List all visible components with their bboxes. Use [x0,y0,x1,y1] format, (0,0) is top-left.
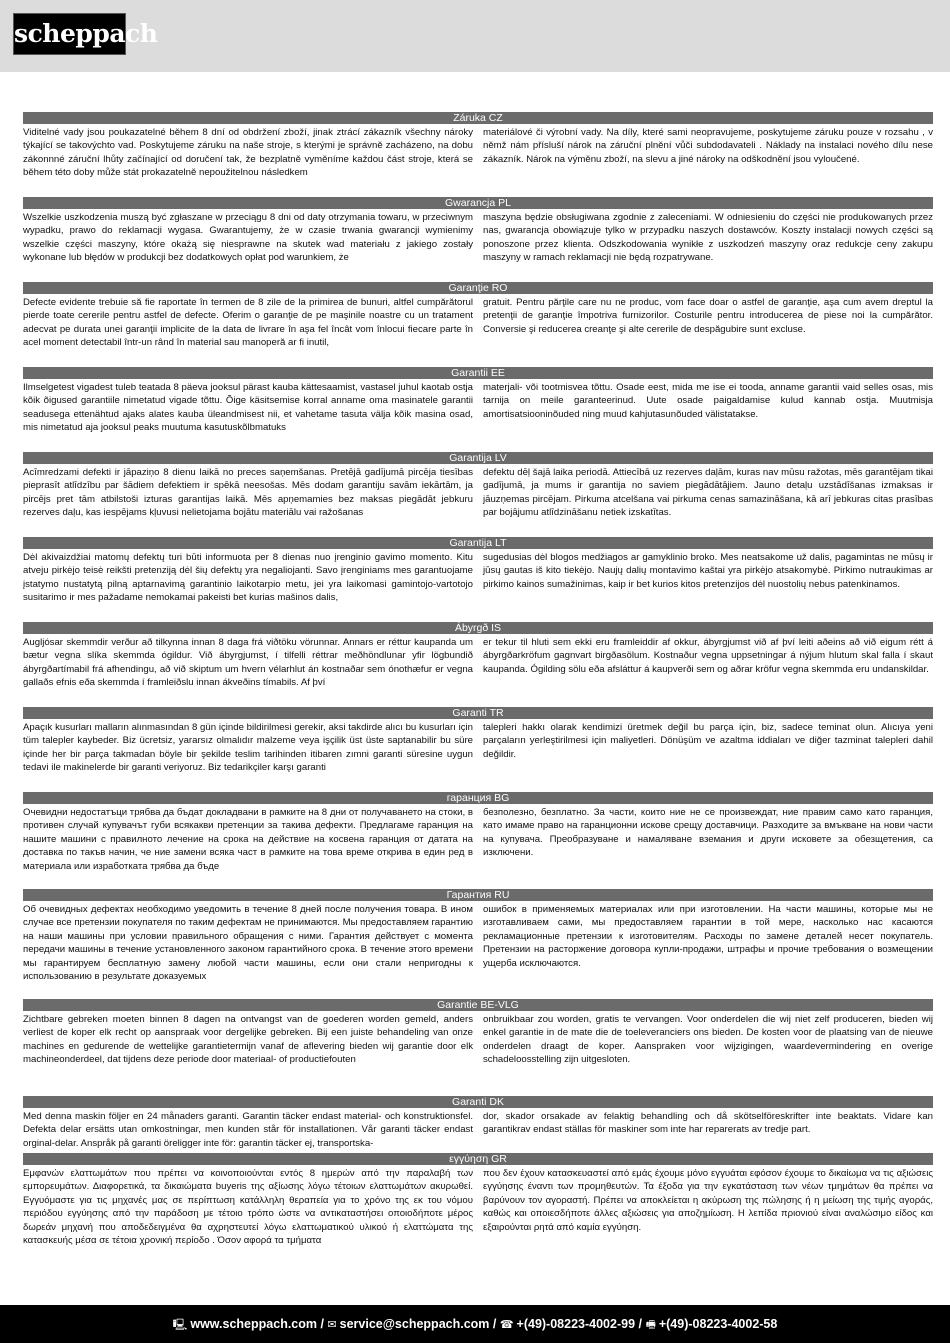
paragraph: Очевидни недостатъци трябва да бъдат док… [23,806,473,873]
warranty-section: Garantija LTDėl akivaizdžiai matomų defe… [23,537,933,622]
paragraph: materiálové či výrobní vady. Na díly, kt… [483,126,933,166]
section-title: Gwarancja PL [23,197,933,209]
section-text-left: Wszelkie uszkodzenia muszą być zgłaszane… [23,211,473,265]
section-text-left: Об очевидных дефектах необходимо уведоми… [23,903,473,983]
paragraph: Εμφανών ελαττωμάτων που πρέπει να κοινοπ… [23,1167,473,1247]
section-text-left: Viditelné vady jsou poukazatelné během 8… [23,126,473,180]
paragraph: Viditelné vady jsou poukazatelné během 8… [23,126,473,180]
section-title: Гарантия RU [23,889,933,901]
paragraph: sugedusias dėl blogos medžiagos ar gamyk… [483,551,933,591]
paragraph: materjali- või tootmisvea tõttu. Osade e… [483,381,933,421]
warranty-section: Garanti TRApaçık kusurları malların alın… [23,707,933,792]
section-title: Garantii EE [23,367,933,379]
warranty-section: Garantii EEIlmselgetest vigadest tuleb t… [23,367,933,452]
paragraph: onbruikbaar zou worden, gratis te vervan… [483,1013,933,1067]
paragraph: Defecte evidente trebuie să fie raportat… [23,296,473,350]
paragraph: ошибок в применяемых материалах или при … [483,903,933,970]
section-text-right: ошибок в применяемых материалах или при … [483,903,933,983]
section-text-right: sugedusias dėl blogos medžiagos ar gamyk… [483,551,933,605]
section-text-right: materjali- või tootmisvea tõttu. Osade e… [483,381,933,435]
contact-footer: 🖳www.scheppach.com / ✉service@scheppach.… [0,1305,950,1343]
section-text-left: Ilmselgetest vigadest tuleb teatada 8 pä… [23,381,473,435]
section-text-right: materiálové či výrobní vady. Na díly, kt… [483,126,933,180]
section-title: Garanti DK [23,1096,933,1108]
paragraph: dor, skador orsakade av felaktig behandl… [483,1110,933,1137]
section-title: Garantija LT [23,537,933,549]
section-text-left: Augljósar skemmdir verður að tilkynna in… [23,636,473,690]
computer-icon: 🖳 [173,1319,188,1331]
phone-number: +(49)-08223-4002-99 [517,1317,636,1331]
warranty-content: Záruka CZViditelné vady jsou poukazateln… [23,112,933,1250]
section-text-right: onbruikbaar zou worden, gratis te vervan… [483,1013,933,1067]
section-title: Garanti TR [23,707,933,719]
paragraph: Acīmredzami defekti ir jāpaziņo 8 dienu … [23,466,473,520]
section-text-right: maszyna będzie obsługiwana zgodnie z zal… [483,211,933,265]
section-text-left: Zichtbare gebreken moeten binnen 8 dagen… [23,1013,473,1067]
warranty-section: Garanti DKMed denna maskin följer en 24 … [23,1096,933,1153]
header-bar: scheppach [0,0,950,72]
paragraph: Med denna maskin följer en 24 månaders g… [23,1110,473,1150]
phone-icon: ☎ [500,1319,514,1331]
section-text-left: Apaçık kusurları malların alınmasından 8… [23,721,473,775]
paragraph: maszyna będzie obsługiwana zgodnie z zal… [483,211,933,265]
section-title: Garanţie RO [23,282,933,294]
section-text-right: που δεν έχουν κατασκευαστεί από εμάς έχο… [483,1167,933,1247]
separator: / [635,1317,645,1331]
paragraph: Wszelkie uszkodzenia muszą być zgłaszane… [23,211,473,265]
section-title: Garantija LV [23,452,933,464]
website-link[interactable]: www.scheppach.com [190,1317,317,1331]
mail-icon: ✉ [327,1319,336,1331]
warranty-section: Garantija LVAcīmredzami defekti ir jāpaz… [23,452,933,537]
section-text-left: Acīmredzami defekti ir jāpaziņo 8 dienu … [23,466,473,520]
paragraph: gratuit. Pentru părţile care nu ne produ… [483,296,933,336]
paragraph: Dėl akivaizdžiai matomų defektų turi būt… [23,551,473,605]
section-text-left: Dėl akivaizdžiai matomų defektų turi būt… [23,551,473,605]
section-title: Záruka CZ [23,112,933,124]
section-title: Garantie BE-VLG [23,999,933,1011]
warranty-section: Garanţie RODefecte evidente trebuie să f… [23,282,933,367]
warranty-section: Гарантия RUОб очевидных дефектах необход… [23,889,933,999]
paragraph: безполезно, безплатно. За части, които н… [483,806,933,860]
paragraph: er tekur til hluti sem ekki eru framleid… [483,636,933,676]
fax-icon: 🖷 [645,1319,655,1331]
fax-number: +(49)-08223-4002-58 [659,1317,778,1331]
warranty-section: Záruka CZViditelné vady jsou poukazateln… [23,112,933,197]
warranty-section: гаранция BGОчевидни недостатъци трябва д… [23,792,933,889]
paragraph: defektu dēļ šajā laika periodā. Attiecīb… [483,466,933,520]
section-text-right: talepleri hakkı olarak kendimizi üretmek… [483,721,933,775]
section-text-left: Defecte evidente trebuie să fie raportat… [23,296,473,350]
paragraph: Augljósar skemmdir verður að tilkynna in… [23,636,473,690]
paragraph: Об очевидных дефектах необходимо уведоми… [23,903,473,983]
scheppach-logo: scheppach [13,13,126,55]
paragraph: Ilmselgetest vigadest tuleb teatada 8 pä… [23,381,473,435]
section-text-right: dor, skador orsakade av felaktig behandl… [483,1110,933,1150]
paragraph: Zichtbare gebreken moeten binnen 8 dagen… [23,1013,473,1067]
section-title: εγγύηση GR [23,1153,933,1165]
section-text-left: Med denna maskin följer en 24 månaders g… [23,1110,473,1150]
paragraph: Apaçık kusurları malların alınmasından 8… [23,721,473,775]
separator: / [489,1317,499,1331]
paragraph: που δεν έχουν κατασκευαστεί από εμάς έχο… [483,1167,933,1234]
section-text-left: Очевидни недостатъци трябва да бъдат док… [23,806,473,873]
warranty-section: εγγύηση GRΕμφανών ελαττωμάτων που πρέπει… [23,1153,933,1250]
warranty-section: Garantie BE-VLGZichtbare gebreken moeten… [23,999,933,1096]
section-title: гаранция BG [23,792,933,804]
warranty-section: Ábyrgð ISAugljósar skemmdir verður að ti… [23,622,933,707]
section-text-left: Εμφανών ελαττωμάτων που πρέπει να κοινοπ… [23,1167,473,1247]
separator: / [317,1317,327,1331]
section-text-right: gratuit. Pentru părţile care nu ne produ… [483,296,933,350]
section-text-right: defektu dēļ šajā laika periodā. Attiecīb… [483,466,933,520]
section-text-right: безполезно, безплатно. За части, които н… [483,806,933,873]
paragraph: talepleri hakkı olarak kendimizi üretmek… [483,721,933,761]
warranty-section: Gwarancja PLWszelkie uszkodzenia muszą b… [23,197,933,282]
email-link[interactable]: service@scheppach.com [340,1317,490,1331]
section-title: Ábyrgð IS [23,622,933,634]
section-text-right: er tekur til hluti sem ekki eru framleid… [483,636,933,690]
